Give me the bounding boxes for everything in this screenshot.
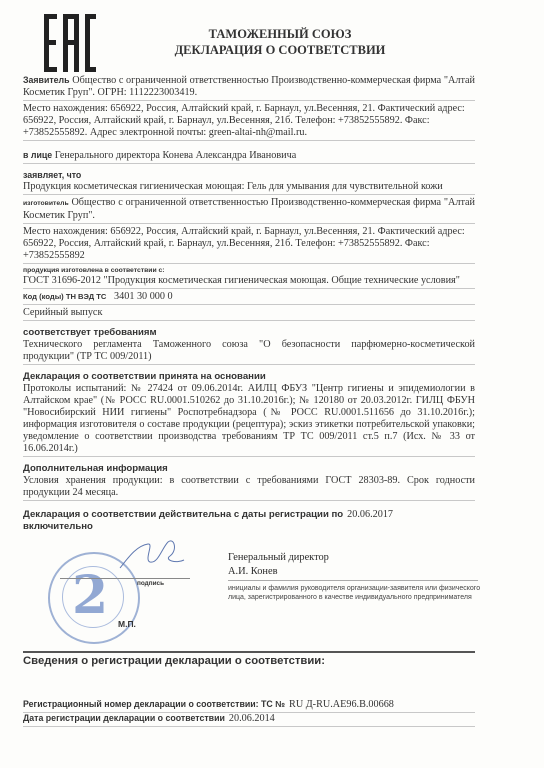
applicant-label: Заявитель bbox=[23, 75, 70, 85]
registration-date-label: Дата регистрации декларации о соответств… bbox=[23, 713, 225, 723]
standard-value: ГОСТ 31696-2012 "Продукция косметическая… bbox=[23, 275, 475, 289]
signature-line bbox=[60, 578, 190, 579]
declares-label: заявляет, что bbox=[23, 169, 475, 181]
signature-label: подпись bbox=[137, 580, 164, 587]
eac-mark-icon bbox=[44, 14, 94, 72]
manufacturer-name: Общество с ограниченной ответственностью… bbox=[23, 197, 475, 221]
validity-date: 20.06.2017 bbox=[347, 509, 393, 520]
represented-by-label: в лице bbox=[23, 150, 52, 160]
header-declaration-title: ДЕКЛАРАЦИЯ О СООТВЕТСТВИИ bbox=[130, 42, 430, 58]
standard-label: продукция изготовлена в соответствии с: bbox=[23, 266, 475, 275]
applicant-block: Заявитель Общество с ограниченной ответс… bbox=[23, 74, 475, 101]
validity-label: Декларация о соответствии действительна … bbox=[23, 509, 343, 520]
tn-ved-label: Код (коды) ТН ВЭД ТС bbox=[23, 292, 106, 301]
director-block: Генеральный директор А.И. Конев bbox=[228, 551, 329, 579]
section-divider bbox=[23, 651, 475, 653]
registration-number-label: Регистрационный номер декларации о соотв… bbox=[23, 699, 285, 709]
conforms-value: Технического регламента Таможенного союз… bbox=[23, 339, 475, 365]
registration-date: 20.06.2014 bbox=[229, 713, 275, 724]
document-header: ТАМОЖЕННЫЙ СОЮЗ ДЕКЛАРАЦИЯ О СООТВЕТСТВИ… bbox=[130, 26, 430, 58]
registration-date-block: Дата регистрации декларации о соответств… bbox=[23, 711, 475, 727]
director-name: А.И. Конев bbox=[228, 565, 329, 579]
director-position: Генеральный директор bbox=[228, 551, 329, 565]
release-type: Серийный выпуск bbox=[23, 307, 475, 321]
conforms-label: соответствует требованиям bbox=[23, 327, 475, 339]
director-note: инициалы и фамилия руководителя организа… bbox=[228, 584, 488, 602]
registration-number: RU Д-RU.АЕ96.В.00668 bbox=[289, 699, 394, 710]
product-name: Продукция косметическая гигиеническая мо… bbox=[23, 181, 475, 195]
tn-ved-value: 3401 30 000 0 bbox=[114, 291, 173, 302]
tn-ved-block: Код (коды) ТН ВЭД ТС 3401 30 000 0 bbox=[23, 291, 475, 305]
represented-by-block: в лице Генерального директора Конева Але… bbox=[23, 149, 475, 164]
basis-value: Протоколы испытаний: № 27424 от 09.06.20… bbox=[23, 383, 475, 457]
registration-heading: Сведения о регистрации декларации о соот… bbox=[23, 655, 325, 667]
signature-scribble-icon bbox=[118, 538, 188, 578]
represented-by-value: Генерального директора Конева Александра… bbox=[55, 150, 297, 161]
validity-block: Декларация о соответствии действительна … bbox=[23, 507, 475, 533]
director-line bbox=[228, 580, 478, 581]
additional-label: Дополнительная информация bbox=[23, 463, 475, 475]
header-union-title: ТАМОЖЕННЫЙ СОЮЗ bbox=[130, 26, 430, 42]
seal-label: М.П. bbox=[118, 619, 136, 629]
applicant-name: Общество с ограниченной ответственностью… bbox=[23, 75, 475, 98]
manufacturer-address: Место нахождения: 656922, Россия, Алтайс… bbox=[23, 226, 475, 264]
basis-label: Декларация о соответствии принята на осн… bbox=[23, 371, 475, 383]
additional-value: Условия хранения продукции: в соответств… bbox=[23, 475, 475, 501]
applicant-address: Место нахождения: 656922, Россия, Алтайс… bbox=[23, 103, 475, 141]
validity-suffix: включительно bbox=[23, 521, 475, 533]
manufacturer-block: изготовитель Общество с ограниченной отв… bbox=[23, 197, 475, 224]
signature-area: 2 подпись М.П. Генеральный директор А.И.… bbox=[0, 540, 544, 650]
manufacturer-label: изготовитель bbox=[23, 200, 69, 207]
declaration-body: Заявитель Общество с ограниченной ответс… bbox=[23, 74, 475, 533]
